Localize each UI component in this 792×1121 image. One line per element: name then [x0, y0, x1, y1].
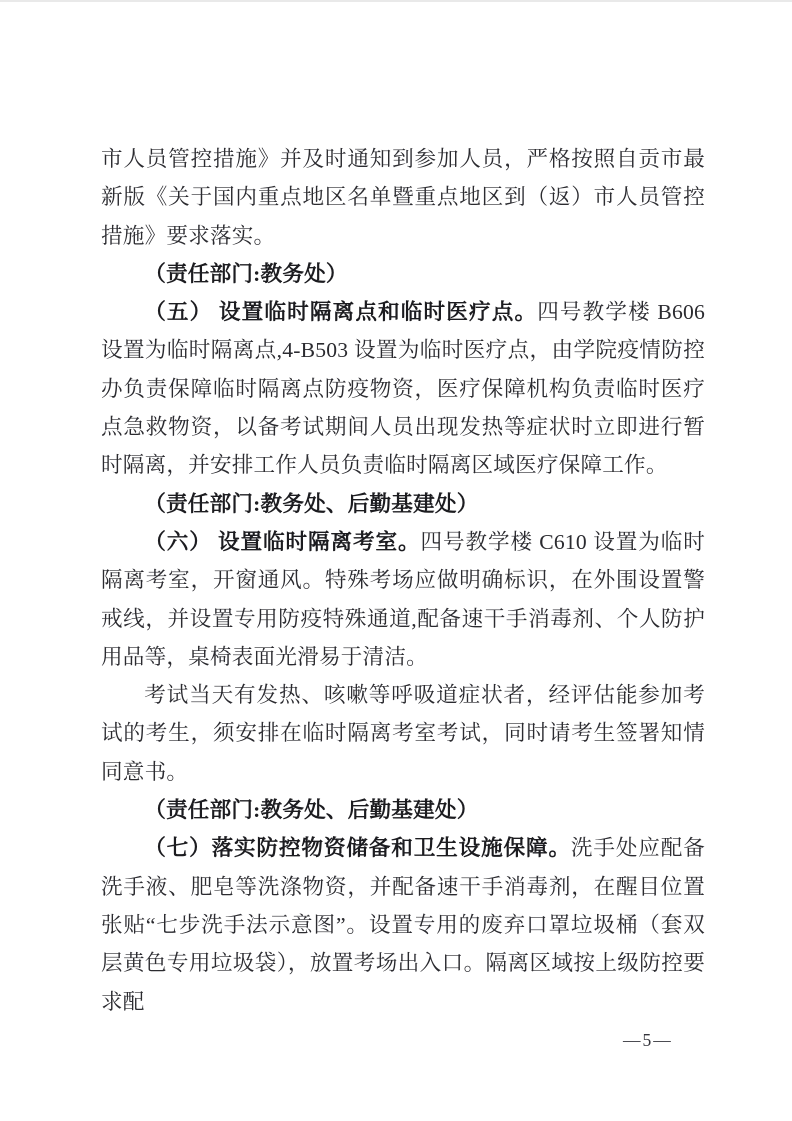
bold-text-run: （五） 设置临时隔离点和临时医疗点。 [144, 300, 537, 324]
paragraph: （六） 设置临时隔离考室。四号教学楼 C610 设置为临时隔离考室，开窗通风。特… [101, 523, 705, 676]
bold-text-run: （责任部门:教务处、后勤基建处） [144, 492, 478, 516]
paragraph: 考试当天有发热、咳嗽等呼吸道症状者，经评估能参加考试的考生，须安排在临时隔离考室… [101, 676, 705, 791]
document-body: 市人员管控措施》并及时通知到参加人员，严格按照自贡市最新版《关于国内重点地区名单… [101, 140, 705, 1021]
text-run: 四号教学楼 B606 设置为临时隔离点,4-B503 设置为临时医疗点，由学院疫… [101, 300, 705, 477]
page-number: —5— [623, 1030, 673, 1050]
bold-text-run: （责任部门:教务处） [144, 262, 348, 286]
paragraph: （五） 设置临时隔离点和临时医疗点。四号教学楼 B606 设置为临时隔离点,4-… [101, 293, 705, 484]
bold-text-run: （责任部门:教务处、后勤基建处） [144, 798, 478, 822]
text-run: 考试当天有发热、咳嗽等呼吸道症状者，经评估能参加考试的考生，须安排在临时隔离考室… [101, 683, 705, 784]
paragraph: （责任部门:教务处） [101, 255, 705, 293]
paragraph: （责任部门:教务处、后勤基建处） [101, 485, 705, 523]
bold-text-run: （七）落实防控物资储备和卫生设施保障。 [144, 836, 571, 860]
document-page: 市人员管控措施》并及时通知到参加人员，严格按照自贡市最新版《关于国内重点地区名单… [0, 0, 792, 1121]
bold-text-run: （六） 设置临时隔离考室。 [144, 530, 420, 554]
text-run: 市人员管控措施》并及时通知到参加人员，严格按照自贡市最新版《关于国内重点地区名单… [101, 147, 705, 248]
paragraph: （责任部门:教务处、后勤基建处） [101, 791, 705, 829]
text-run: 洗手处应配备洗手液、肥皂等洗涤物资，并配备速干手消毒剂，在醒目位置张贴“七步洗手… [101, 836, 705, 1013]
paragraph: 市人员管控措施》并及时通知到参加人员，严格按照自贡市最新版《关于国内重点地区名单… [101, 140, 705, 255]
page-top-edge [0, 0, 792, 2]
paragraph: （七）落实防控物资储备和卫生设施保障。洗手处应配备洗手液、肥皂等洗涤物资，并配备… [101, 829, 705, 1020]
